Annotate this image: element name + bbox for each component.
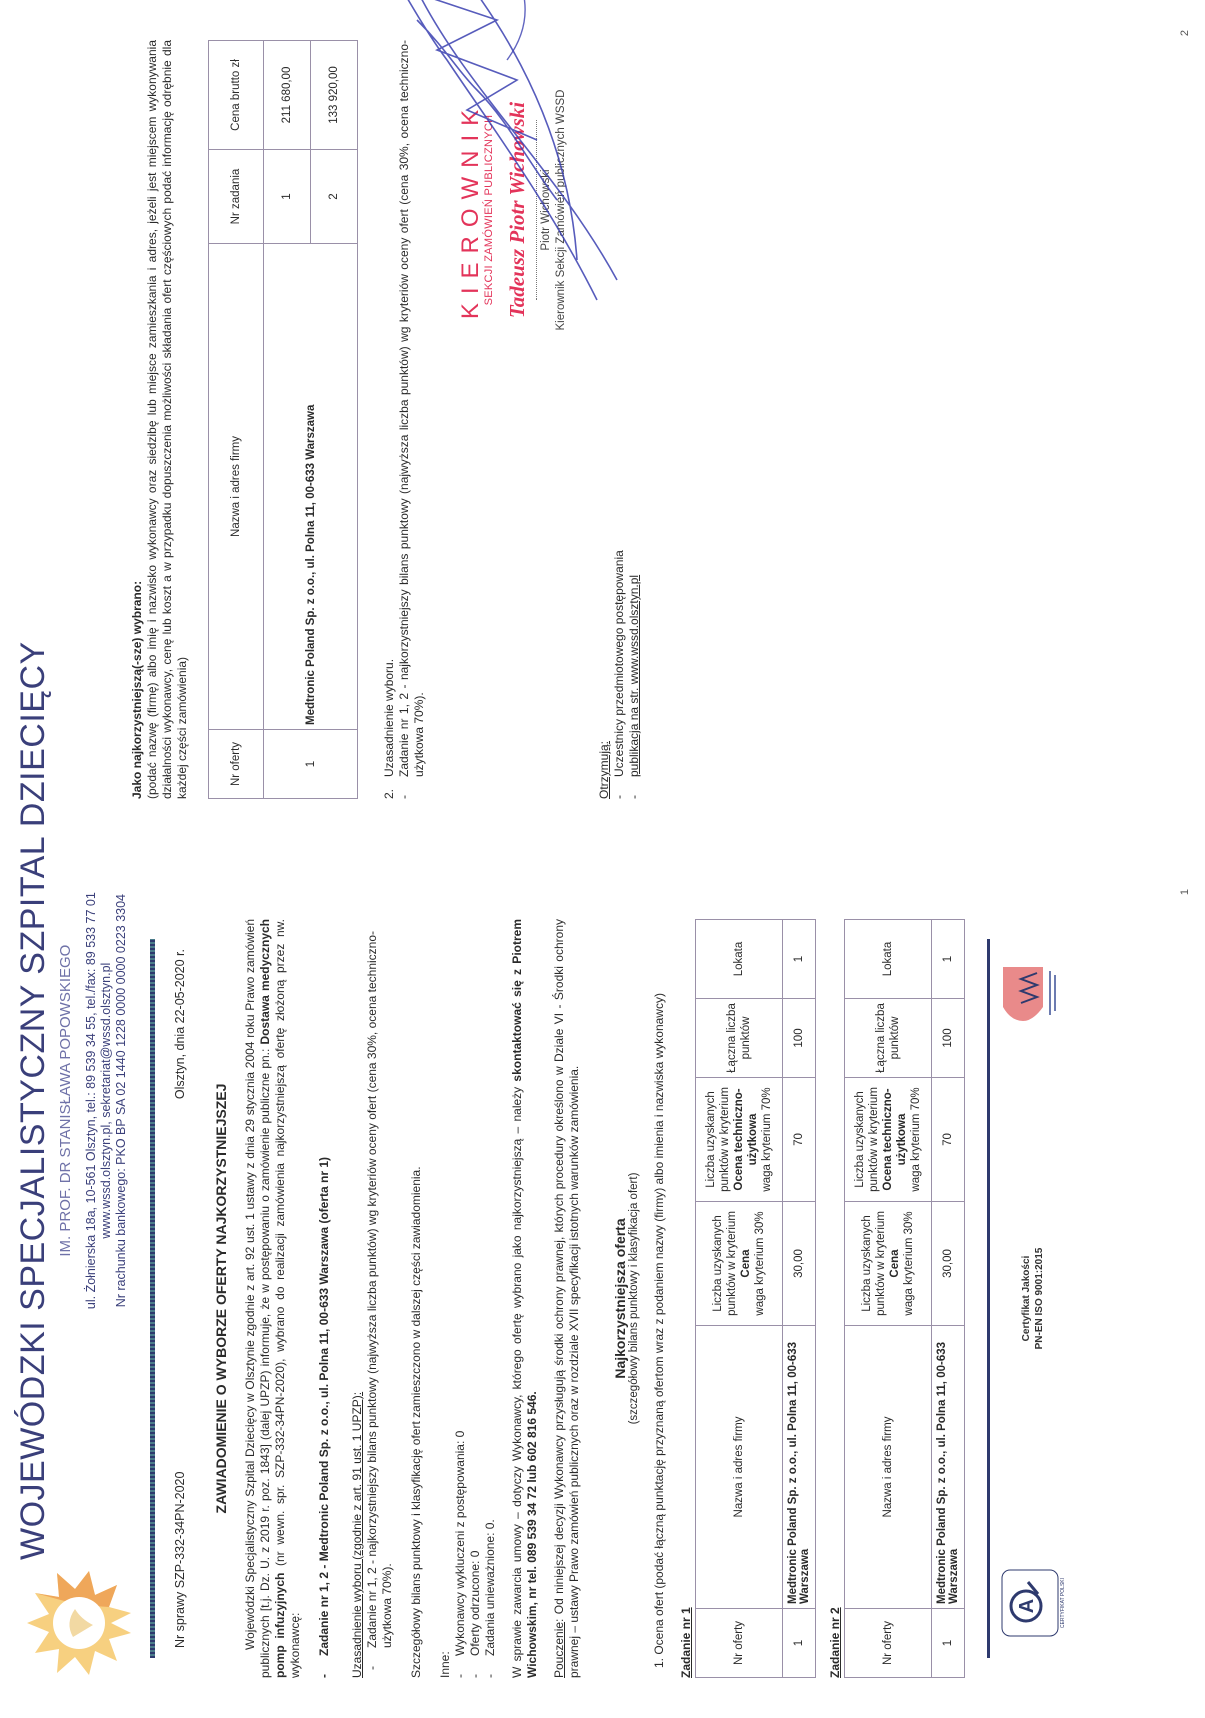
- col-company: Nazwa i adres firmy: [209, 244, 264, 730]
- total-points: 100: [932, 999, 965, 1078]
- company-name: Medtronic Poland Sp. z o.o., ul. Polna 1…: [932, 1326, 965, 1609]
- evaluation-intro: 1. Ocena ofert (podać łączną punktację p…: [652, 919, 667, 1678]
- price-points: 30,00: [932, 1202, 965, 1326]
- winner-heading: Jako najkorzystniejszą(-sze) wybrano:: [130, 40, 145, 799]
- signature-block: KIEROWNIK SEKCJI ZAMÓWIEŃ PUBLICZNYCH Ta…: [457, 40, 642, 380]
- offer-nr: 1: [264, 730, 358, 799]
- intro-paragraph: Wojewódzki Specjalistyczny Szpital Dziec…: [243, 919, 303, 1678]
- col-company: Nazwa i adres firmy: [845, 1326, 932, 1609]
- task-label: Zadanie nr 2: [828, 919, 842, 1678]
- svg-text:A: A: [1016, 1599, 1038, 1613]
- contract-contact-note: W sprawie zawarcia umowy – dotyczy Wykon…: [510, 919, 540, 1678]
- tech-points: 70: [783, 1078, 816, 1202]
- handwritten-signature-icon: [297, 0, 657, 320]
- justification-heading: Uzasadnienie wyboru: [350, 1563, 364, 1678]
- col-offer-nr: Nr oferty: [845, 1609, 932, 1678]
- table-row: 1Medtronic Poland Sp. z o.o., ul. Polna …: [932, 920, 965, 1678]
- company-name: Medtronic Poland Sp. z o.o., ul. Polna 1…: [783, 1326, 816, 1609]
- recipient-publication: publikacja na str. www.wssd.olsztyn.pl: [627, 575, 642, 777]
- col-tech-points: Liczba uzyskanych punktów w kryteriumOce…: [845, 1078, 932, 1202]
- legal-instruction: Pouczenie: Od niniejszej decyzji Wykonaw…: [552, 919, 582, 1678]
- quality-award-logo-icon: [1003, 959, 1063, 1029]
- page-2: Jako najkorzystniejszą(-sze) wybrano: (p…: [0, 0, 1205, 859]
- rank: 1: [783, 920, 816, 999]
- excluded-count: Wykonawcy wykluczeni z postępowania: 0: [453, 1431, 468, 1656]
- certificate-standard: PN-EN ISO 9001:2015: [1033, 1248, 1046, 1350]
- rejected-count: Oferty odrzucone: 0: [468, 1551, 483, 1656]
- tech-points: 70: [932, 1078, 965, 1202]
- page-number: 1: [1179, 889, 1191, 895]
- recipient-participants: Uczestnicy przedmiotowego postępowania: [612, 550, 627, 777]
- header-divider: [150, 939, 155, 1658]
- col-price-points: Liczba uzyskanych punktów w kryteriumCen…: [845, 1202, 932, 1326]
- offer-nr: 1: [783, 1609, 816, 1678]
- certificate-badge-icon: A CERTYFIKAT POLSKI: [1000, 1568, 1066, 1638]
- place-date: Olsztyn, dnia 22-05-2020 r.: [173, 949, 187, 1099]
- best-offer-subtitle: (szczegółowy bilans punktowy i klasyfika…: [628, 919, 640, 1678]
- col-rank: Lokata: [696, 920, 783, 999]
- col-task-nr: Nr zadania: [209, 150, 264, 244]
- col-offer-nr: Nr oferty: [696, 1609, 783, 1678]
- footer: A CERTYFIKAT POLSKI Certyfikat Jakości P…: [1000, 959, 1066, 1638]
- scanned-document-sheet: WOJEWÓDZKI SPECJALISTYCZNY SZPITAL DZIEC…: [0, 0, 1205, 1718]
- evaluation-table: Nr ofertyNazwa i adres firmyLiczba uzysk…: [844, 919, 965, 1678]
- task-label: Zadanie nr 1: [679, 919, 693, 1678]
- certificate-name: Certyfikat Jakości: [1020, 1248, 1033, 1350]
- document-title: ZAWIADOMIENIE O WYBORZE OFERTY NAJKORZYS…: [213, 919, 229, 1678]
- recipients-section: Otrzymują: -Uczestnicy przedmiotowego po…: [457, 380, 642, 799]
- price-points: 30,00: [783, 1202, 816, 1326]
- col-total-points: Łączna liczba punktów: [845, 999, 932, 1078]
- col-offer-nr: Nr oferty: [209, 730, 264, 799]
- letterhead: WOJEWÓDZKI SPECJALISTYCZNY SZPITAL DZIEC…: [14, 919, 134, 1678]
- col-rank: Lokata: [845, 920, 932, 999]
- rank: 1: [932, 920, 965, 999]
- cancelled-count: Zadania unieważnione: 0.: [483, 1519, 498, 1656]
- winner-note: (podać nazwę (firmę) albo imię i nazwisk…: [145, 40, 190, 799]
- recipients-heading: Otrzymują:: [597, 380, 612, 799]
- col-total-points: Łączna liczba punktów: [696, 999, 783, 1078]
- col-tech-points: Liczba uzyskanych punktów w kryteriumOce…: [696, 1078, 783, 1202]
- offer-nr: 1: [932, 1609, 965, 1678]
- selected-offer-line: -Zadanie nr 1, 2 - Medtronic Poland Sp. …: [317, 919, 332, 1678]
- hospital-sun-logo-icon: [24, 1568, 134, 1678]
- best-offer-title: Najkorzystniejsza oferta: [612, 919, 628, 1678]
- case-number: Nr sprawy SZP-332-34PN-2020: [173, 1472, 187, 1648]
- table-row: 1Medtronic Poland Sp. z o.o., ul. Polna …: [783, 920, 816, 1678]
- col-company: Nazwa i adres firmy: [696, 1326, 783, 1609]
- evaluation-table: Nr ofertyNazwa i adres firmyLiczba uzysk…: [695, 919, 816, 1678]
- col-gross-price: Cena brutto zł: [209, 41, 264, 150]
- justification-item: Zadanie nr 1, 2 - najkorzystniejszy bila…: [365, 919, 395, 1648]
- total-points: 100: [783, 999, 816, 1078]
- detail-note: Szczegółowy bilans punktowy i klasyfikac…: [409, 919, 424, 1678]
- footer-divider: [987, 939, 990, 1658]
- evaluation-tables: Zadanie nr 1Nr ofertyNazwa i adres firmy…: [679, 919, 965, 1678]
- other-section: Inne: -Wykonawcy wykluczeni z postępowan…: [438, 919, 498, 1678]
- page-number-2: 2: [1179, 30, 1191, 36]
- page-1: WOJEWÓDZKI SPECJALISTYCZNY SZPITAL DZIEC…: [0, 859, 1205, 1718]
- col-price-points: Liczba uzyskanych punktów w kryteriumCen…: [696, 1202, 783, 1326]
- justification-section: Uzasadnienie wyboru (zgodnie z art. 91 u…: [350, 919, 395, 1678]
